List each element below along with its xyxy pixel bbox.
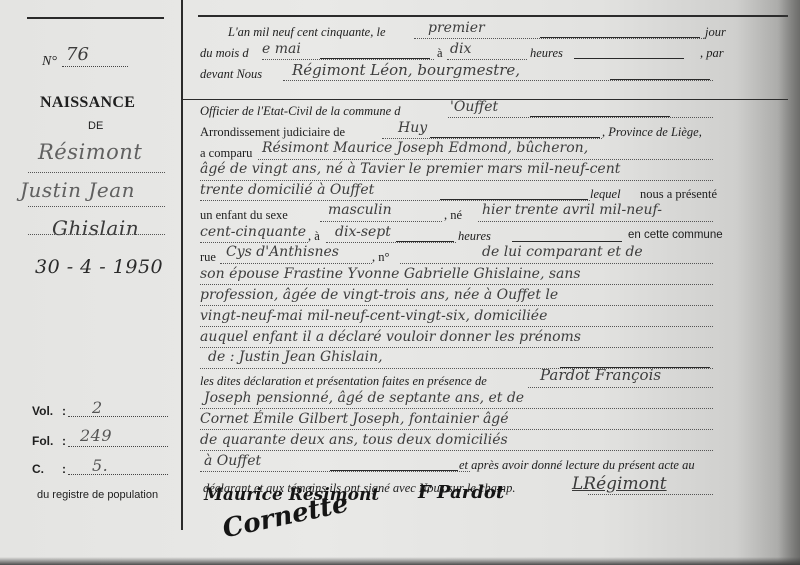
fol-value: 249: [80, 426, 112, 445]
vol-dotline: [68, 416, 168, 417]
rule: [440, 199, 588, 200]
dotline: [262, 59, 434, 60]
declaration-hand: auquel enfant il a déclaré vouloir donne…: [200, 329, 581, 345]
birth-date-hand: hier trente avril mil-neuf-: [482, 202, 662, 218]
header-officer-hand: Régimont Léon, bourgmestre,: [292, 61, 520, 79]
c-label: C.: [32, 462, 44, 476]
dotline: [200, 200, 590, 201]
rule: [530, 116, 670, 117]
fol-label: Fol.: [32, 434, 53, 448]
page-bottom-edge: [0, 557, 800, 565]
arrondissement-printed: Arrondissement judiciaire de: [200, 125, 345, 140]
witness1-hand: Pardot François: [540, 366, 661, 384]
rule: [574, 58, 684, 59]
c-colon: :: [62, 462, 66, 476]
rule: [540, 37, 700, 38]
dotline: [220, 263, 372, 264]
header-day-hand: premier: [428, 20, 485, 36]
mother-name-hand: son épouse Frastine Yvonne Gabrielle Ghi…: [200, 266, 581, 282]
birth-certificate-page: N° 76 NAISSANCE DE Résimont Justin Jean …: [0, 0, 800, 565]
dotline: [200, 180, 713, 181]
mother-birth-hand: vingt-neuf-mai mil-neuf-cent-vingt-six, …: [200, 308, 547, 324]
dotline: [528, 387, 713, 388]
header-line-3-printed: devant Nous: [200, 67, 262, 82]
dotline: [200, 429, 713, 430]
vol-colon: :: [62, 404, 66, 418]
birth-date: 30 - 4 - 1950: [35, 256, 163, 278]
dotline: [200, 242, 308, 243]
fol-colon: :: [62, 434, 66, 448]
dotline: [478, 221, 713, 222]
birth-hour-hand: dix-sept: [335, 224, 391, 240]
dotline: [400, 263, 713, 264]
dotline: [320, 221, 442, 222]
a-printed: , à: [308, 229, 320, 244]
dotline: [28, 206, 165, 207]
dotline: [414, 38, 706, 39]
parent-relation-hand: de lui comparant et de: [482, 244, 643, 260]
registry-footer: du registre de population: [37, 489, 158, 501]
ne-printed: , né: [444, 208, 462, 223]
rue-printed: rue: [200, 250, 216, 265]
header-jour: jour: [705, 25, 726, 40]
fol-dotline: [68, 446, 168, 447]
enfant-printed: un enfant du sexe: [200, 208, 288, 223]
dotline: [200, 305, 713, 306]
heures-printed: heures: [458, 229, 491, 244]
presence-printed: les dites déclaration et présentation fa…: [200, 374, 487, 389]
header-par: , par: [700, 46, 724, 61]
dotline: [326, 242, 456, 243]
document-title: NAISSANCE: [40, 94, 135, 112]
dotline: [448, 117, 713, 118]
dotline: [200, 347, 713, 348]
mother-profession-hand: profession, âgée de vingt-trois ans, née…: [200, 287, 558, 303]
header-line-2-printed: du mois d: [200, 46, 249, 61]
commune-printed: en cette commune: [628, 229, 723, 241]
rule: [512, 241, 622, 242]
signature-officer: LRégimont: [572, 474, 667, 494]
father-age-hand: âgé de vingt ans, né à Tavier le premier…: [200, 161, 620, 177]
column-divider: [181, 0, 183, 530]
presente-printed: nous a présenté: [640, 187, 717, 202]
header-a: à: [437, 46, 443, 61]
father-domicile-hand: trente domicilié à Ouffet: [200, 182, 374, 198]
comparu-hand: Résimont Maurice Joseph Edmond, bûcheron…: [262, 140, 588, 156]
sex-hand: masculin: [328, 202, 392, 218]
header-hour-hand: dix: [450, 41, 471, 57]
header-month-hand: e mai: [262, 41, 301, 57]
act-number-dotline: [62, 66, 128, 67]
dotline: [588, 494, 713, 495]
dotline: [200, 408, 713, 409]
c-dotline: [68, 474, 168, 475]
witness2-hand: Cornet Émile Gilbert Joseph, fontainier …: [200, 411, 509, 427]
left-top-rule: [27, 17, 164, 19]
province-printed: , Province de Liège,: [602, 125, 702, 140]
header-heures: heures: [530, 46, 563, 61]
dotline: [447, 59, 527, 60]
dotline: [200, 326, 713, 327]
witness2-detail-hand: de quarante deux ans, tous deux domicili…: [200, 432, 508, 448]
rule: [320, 58, 430, 59]
vol-label: Vol.: [32, 404, 53, 418]
dotline: [283, 80, 713, 81]
witness-domicile-hand: à Ouffet: [204, 453, 261, 469]
child-given-names-1: Justin Jean: [20, 178, 135, 202]
given-names-hand: de : Justin Jean Ghislain,: [208, 349, 383, 365]
dotline: [200, 450, 713, 451]
comparu-printed: a comparu: [200, 146, 252, 161]
birth-year-hand: cent-cinquante: [200, 224, 306, 240]
dotline: [200, 471, 470, 472]
child-given-names-2: Ghislain: [52, 216, 139, 240]
rule: [610, 79, 710, 80]
vol-value: 2: [92, 398, 103, 417]
rule: [330, 470, 458, 471]
commune-hand: 'Ouffet: [450, 99, 498, 115]
de-label: DE: [88, 120, 103, 132]
header-line-1-printed: L'an mil neuf cent cinquante, le: [228, 25, 386, 40]
apres-printed: et après avoir donné lecture du présent …: [459, 458, 695, 473]
rule: [430, 137, 600, 138]
lequel-printed: lequel: [590, 187, 621, 202]
street-hand: Cys d'Anthisnes: [226, 244, 339, 260]
dotline: [28, 172, 165, 173]
dotline: [258, 159, 713, 160]
no-printed: , n°: [372, 250, 390, 265]
child-surname: Résimont: [38, 140, 142, 164]
dotline: [382, 138, 602, 139]
signature-witness1: F Pardot: [418, 482, 504, 503]
officer-printed: Officier de l'Etat-Civil de la commune d: [200, 104, 401, 119]
dotline: [200, 284, 713, 285]
arrondissement-hand: Huy: [398, 120, 427, 136]
header-top-rule: [198, 15, 788, 17]
act-number-label: N°: [42, 54, 57, 70]
witness1-detail-hand: Joseph pensionné, âgé de septante ans, e…: [204, 390, 524, 406]
c-value: 5.: [92, 456, 108, 475]
act-number-value: 76: [66, 44, 89, 65]
dotline: [28, 234, 165, 235]
rule: [396, 241, 454, 242]
